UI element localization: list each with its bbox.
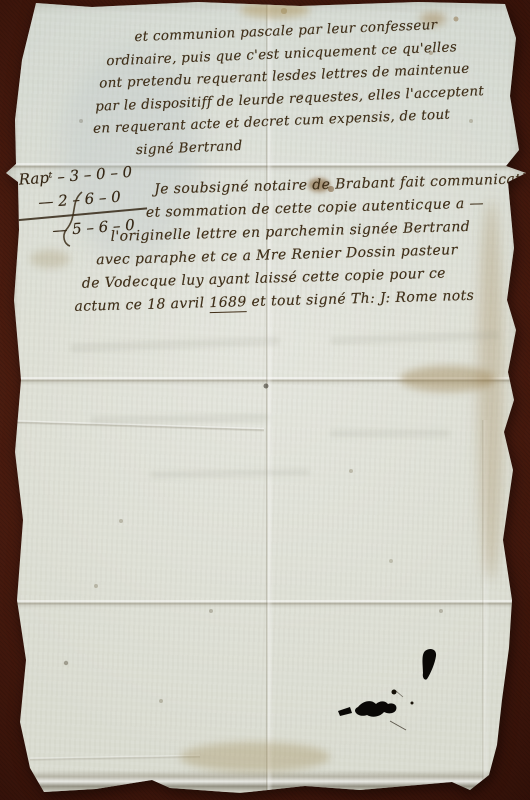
year-1689: 1689	[209, 294, 247, 313]
scratch-mark	[390, 721, 406, 730]
scratch-mark	[396, 691, 403, 697]
ink-blot	[355, 701, 396, 717]
actum-date-prefix: actum ce 18 avril	[74, 295, 209, 315]
ink-blot	[338, 707, 352, 716]
crease-bottom-left	[30, 755, 200, 762]
ink-showthrough	[330, 331, 500, 345]
ink-blot-group	[330, 635, 460, 735]
stain-bottom-center	[180, 742, 330, 772]
ink-showthrough	[90, 413, 270, 424]
notary-signature: et tout signé Th: J: Rome nots	[246, 288, 474, 310]
ink-showthrough	[70, 336, 280, 352]
text-block-communion: et communion pascale par leur confesseur…	[88, 12, 486, 163]
manuscript-photo: et communion pascale par leur confesseur…	[0, 0, 530, 800]
paper-speckles	[0, 0, 2, 2]
paper-shadow: et communion pascale par leur confesseur…	[0, 0, 530, 800]
crease-bottom-crumple	[22, 770, 500, 792]
stain-left	[30, 250, 70, 268]
crease-lower-fold	[0, 600, 530, 608]
paper-sheet: et communion pascale par leur confesseur…	[0, 0, 530, 800]
ink-showthrough	[330, 430, 450, 437]
ink-speck	[411, 702, 414, 705]
ink-blot	[423, 649, 437, 680]
ink-showthrough	[150, 469, 310, 479]
text-block-attestation: Je soubsigné notaire de Brabant fait com…	[70, 168, 530, 319]
stain-top-center	[240, 2, 310, 18]
ink-speck	[392, 690, 397, 695]
